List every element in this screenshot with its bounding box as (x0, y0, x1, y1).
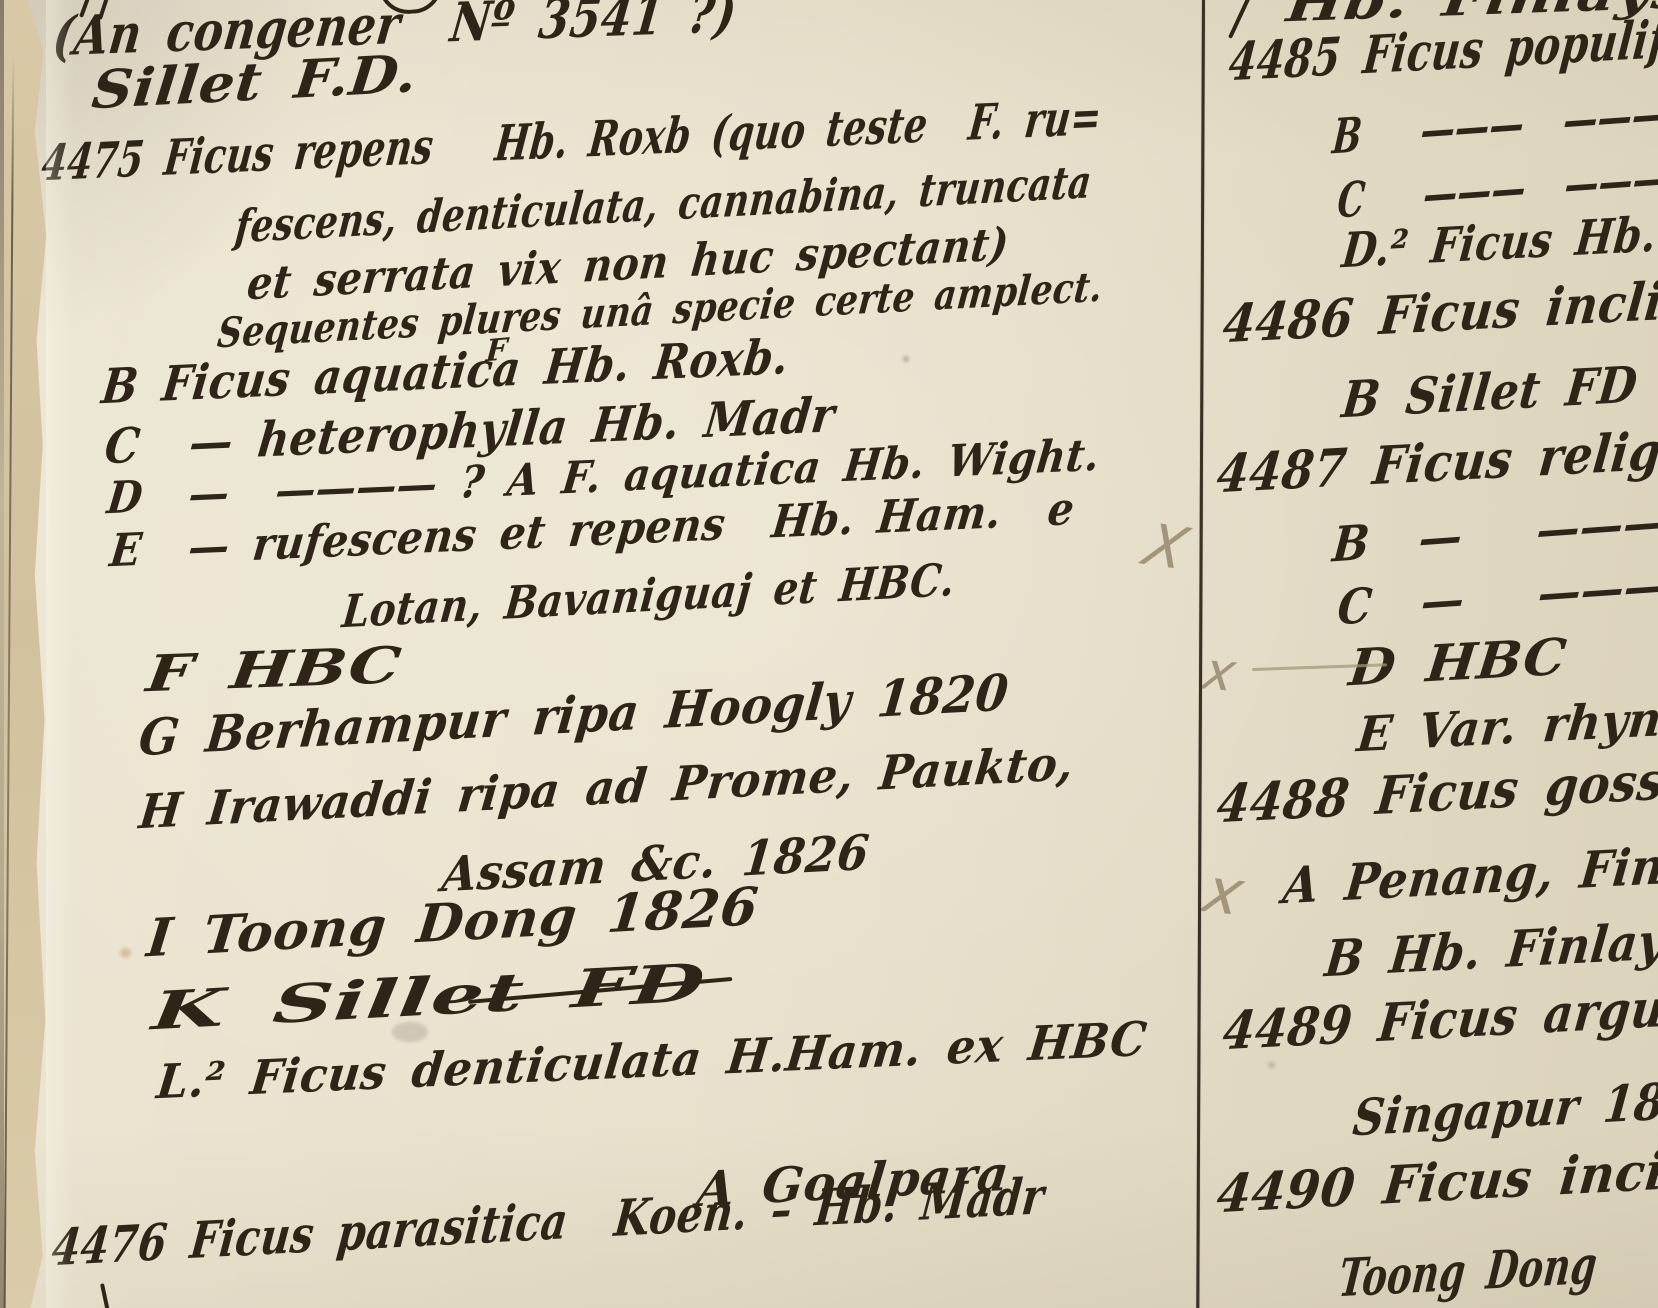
manuscript-page: (An congener Nº 3541 ?)Sillet F.D.4475 F… (0, 0, 1658, 1308)
pencil-x-mark: x (1198, 645, 1241, 701)
page-edge-highlight (46, 0, 74, 1308)
pencil-x-mark: x (1197, 858, 1251, 925)
pencil-annotations: Xxx (0, 0, 1658, 1308)
pencil-x-mark: X (1137, 515, 1194, 579)
